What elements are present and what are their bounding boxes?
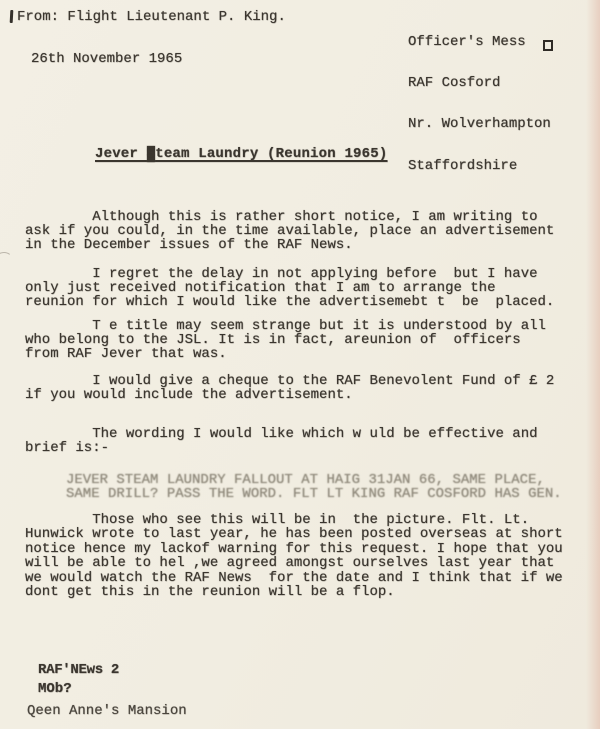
footer-raf-news: RAF'NEws 2 [38,662,119,678]
paragraph-closing: Those who see this will be in the pictur… [25,513,597,599]
stray-ink-mark [10,10,14,23]
paragraph-regret-delay: I regret the delay in not applying befor… [25,268,597,309]
letter-scan: From: Flight Lieutenant P. King. Officer… [0,0,600,729]
letter-title: Jever Steam Laundry (Reunion 1965) [95,146,387,162]
scan-edge-tint [586,0,600,729]
paragraph-cheque: I would give a cheque to the RAF Benevol… [25,375,597,403]
footer-mod: MOb? [38,681,72,697]
footer-queen-annes-mansion: Qeen Anne's Mansion [27,703,187,719]
address-line-mess: Officer's Mess [408,36,551,50]
paragraph-intro: Although this is rather short notice, I … [25,211,597,252]
advertisement-text: JEVER STEAM LAUNDRY FALLOUT AT HAIG 31JA… [66,474,586,502]
date-line: 26th November 1965 [31,51,182,67]
small-square-mark [543,40,553,51]
title-suffix: team Laundry (Reunion 1965) [155,146,387,162]
paragraph-title-explanation: T e title may seem strange but it is und… [25,320,597,361]
left-margin-smudge [0,252,12,264]
paragraph-wording-lead: The wording I would like which w uld be … [25,428,597,456]
address-line-county: Staffordshire [408,160,551,174]
address-line-station: RAF Cosford [408,77,551,91]
address-line-town: Nr. Wolverhampton [408,118,551,132]
title-prefix: Jever [95,146,147,162]
overstruck-letter: S [147,146,156,162]
address-block: Officer's Mess RAF Cosford Nr. Wolverham… [408,8,551,201]
sender-line: From: Flight Lieutenant P. King. [17,9,286,25]
